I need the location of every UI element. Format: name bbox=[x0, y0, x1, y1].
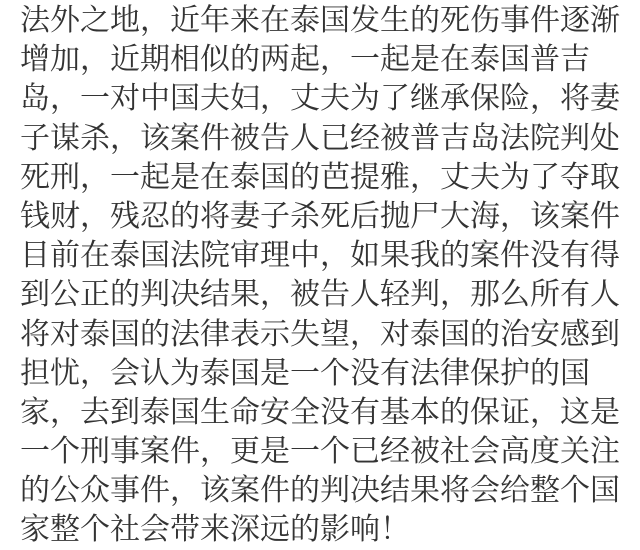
article-text-block: 法外之地，近年来在泰国发生的死伤事件逐渐 增加，近期相似的两起，一起是在泰国普吉… bbox=[0, 0, 640, 550]
text-line: 将对泰国的法律表示失望，对泰国的治安感到 bbox=[20, 315, 624, 354]
text-line: 钱财，残忍的将妻子杀死后抛尸大海，该案件 bbox=[20, 197, 624, 236]
text-line: 目前在泰国法院审理中，如果我的案件没有得 bbox=[20, 236, 624, 275]
text-line: 家，去到泰国生命安全没有基本的保证，这是 bbox=[20, 393, 624, 432]
text-line: 法外之地，近年来在泰国发生的死伤事件逐渐 bbox=[20, 1, 624, 40]
text-line: 一个刑事案件，更是一个已经被社会高度关注 bbox=[20, 432, 624, 471]
text-line: 岛，一对中国夫妇，丈夫为了继承保险，将妻 bbox=[20, 79, 624, 118]
text-line: 担忧，会认为泰国是一个没有法律保护的国 bbox=[20, 354, 624, 393]
text-line: 死刑，一起是在泰国的芭提雅，丈夫为了夺取 bbox=[20, 158, 624, 197]
text-line: 增加，近期相似的两起，一起是在泰国普吉 bbox=[20, 40, 624, 79]
text-line: 的公众事件，该案件的判决结果将会给整个国 bbox=[20, 471, 624, 510]
text-line: 子谋杀，该案件被告人已经被普吉岛法院判处 bbox=[20, 119, 624, 158]
text-line: 到公正的判决结果，被告人轻判，那么所有人 bbox=[20, 275, 624, 314]
text-line: 家整个社会带来深远的影响！ bbox=[20, 510, 624, 549]
